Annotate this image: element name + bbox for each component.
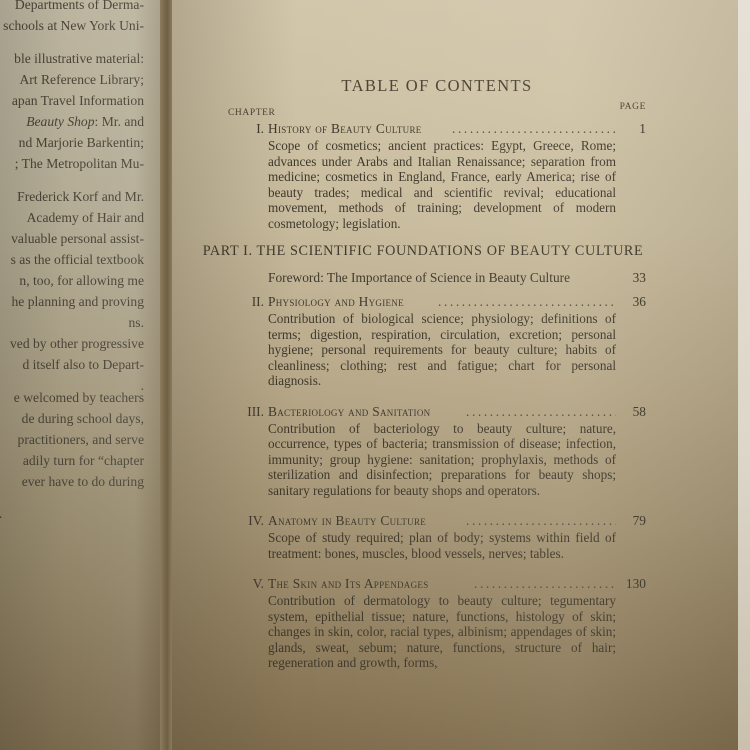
preface-line: Departments of Derma- [0, 0, 144, 15]
spacer [228, 389, 646, 403]
toc-entry-chapter-3: III. Bacteriology and Sanitation .......… [228, 403, 646, 499]
preface-line: Academy of Hair and [0, 207, 144, 228]
spacer [228, 498, 646, 512]
preface-spacer [0, 492, 144, 504]
toc-entry-chapter-1: I. History of Beauty Culture ...........… [228, 120, 646, 231]
leader-dots: ........................................… [466, 403, 616, 421]
part-heading: PART I. THE SCIENTIFIC FOUNDATIONS OF BE… [200, 243, 646, 259]
chapter-description: Scope of study required; plan of body; s… [268, 530, 616, 561]
right-page: TABLE OF CONTENTS CHAPTER PAGE I. Histor… [172, 0, 738, 750]
leader-dots: ........................................… [452, 120, 616, 138]
chapter-description: Contribution of bacteriology to beauty c… [268, 421, 616, 499]
preface-text: Departments of Derma- schools at New Yor… [0, 0, 144, 525]
chapter-number: III. [247, 403, 264, 421]
preface-line: s as the official textbook [0, 249, 144, 270]
chapter-number: I. [256, 120, 264, 138]
preface-line: ever have to do during [0, 471, 144, 492]
chapter-number: II. [252, 293, 264, 311]
entry-heading: III. Bacteriology and Sanitation .......… [228, 403, 646, 421]
author-signature: Florence E. Wall. [0, 504, 144, 525]
leader-dots: ........................................… [474, 575, 616, 593]
preface-line: ble illustrative material: [0, 48, 144, 69]
preface-line: apan Travel Information [0, 90, 144, 111]
page-number: 79 [633, 512, 646, 530]
chapter-description: Contribution of dermatology to beauty cu… [268, 593, 616, 671]
preface-line: ns. [0, 312, 144, 333]
book-spread: Departments of Derma- schools at New Yor… [0, 0, 750, 750]
leader-dots: ........................................… [466, 512, 616, 530]
page-number: 130 [626, 575, 646, 593]
chapter-number: IV. [248, 512, 264, 530]
chapter-title: The Skin and Its Appendages [268, 575, 429, 593]
preface-spacer [0, 174, 144, 186]
toc-entry-chapter-5: V. The Skin and Its Appendages .........… [228, 575, 646, 671]
chapter-title: Bacteriology and Sanitation [268, 403, 430, 421]
leader-dots: ........................................… [438, 293, 616, 311]
chapter-description: Contribution of biological science; phys… [268, 311, 616, 389]
page-number: 58 [633, 403, 646, 421]
chapter-title: History of Beauty Culture [268, 120, 422, 138]
preface-line: practitioners, and serve [0, 429, 144, 450]
table-of-contents: TABLE OF CONTENTS CHAPTER PAGE I. Histor… [228, 76, 646, 671]
preface-line: ved by other progressive [0, 333, 144, 354]
preface-line: nd Marjorie Barkentin; [0, 132, 144, 153]
preface-spacer [0, 36, 144, 48]
chapter-column-label: CHAPTER [228, 108, 275, 118]
preface-line: e welcomed by teachers [0, 387, 144, 408]
toc-entry-foreword: Foreword: The Importance of Science in B… [228, 269, 646, 287]
preface-line: he planning and proving [0, 291, 144, 312]
preface-line: valuable personal assist- [0, 228, 144, 249]
preface-line: Art Reference Library; [0, 69, 144, 90]
chapter-title: Anatomy in Beauty Culture [268, 512, 426, 530]
page-number: 1 [639, 120, 646, 138]
page-column-label: PAGE [620, 102, 646, 112]
preface-line: de during school days, [0, 408, 144, 429]
preface-line: adily turn for “chapter [0, 450, 144, 471]
preface-line: . [0, 375, 144, 387]
toc-entry-chapter-4: IV. Anatomy in Beauty Culture ..........… [228, 512, 646, 561]
left-page: Departments of Derma- schools at New Yor… [0, 0, 168, 750]
entry-heading: II. Physiology and Hygiene .............… [228, 293, 646, 311]
preface-line: Frederick Korf and Mr. [0, 186, 144, 207]
backdrop [738, 0, 750, 750]
entry-heading: I. History of Beauty Culture ...........… [228, 120, 646, 138]
chapter-title: Physiology and Hygiene [268, 293, 404, 311]
preface-line: n, too, for allowing me [0, 270, 144, 291]
entry-heading: V. The Skin and Its Appendages .........… [228, 575, 646, 593]
preface-line: Beauty Shop: Mr. and [0, 111, 144, 132]
preface-line: ; The Metropolitan Mu- [0, 153, 144, 174]
chapter-number: V. [253, 575, 264, 593]
book-title-italic: Beauty Shop [26, 114, 94, 129]
preface-line: schools at New York Uni- [0, 15, 144, 36]
chapter-description: Scope of cosmetics; ancient practices: E… [268, 138, 616, 231]
preface-line: d itself also to Depart- [0, 354, 144, 375]
foreword-title: Foreword: The Importance of Science in B… [268, 269, 570, 287]
column-headers: CHAPTER PAGE [228, 108, 646, 120]
page-number: 33 [633, 269, 646, 287]
spacer [228, 561, 646, 575]
page-number: 36 [633, 293, 646, 311]
toc-entry-chapter-2: II. Physiology and Hygiene .............… [228, 293, 646, 389]
entry-heading: IV. Anatomy in Beauty Culture ..........… [228, 512, 646, 530]
page-title: TABLE OF CONTENTS [228, 76, 646, 96]
